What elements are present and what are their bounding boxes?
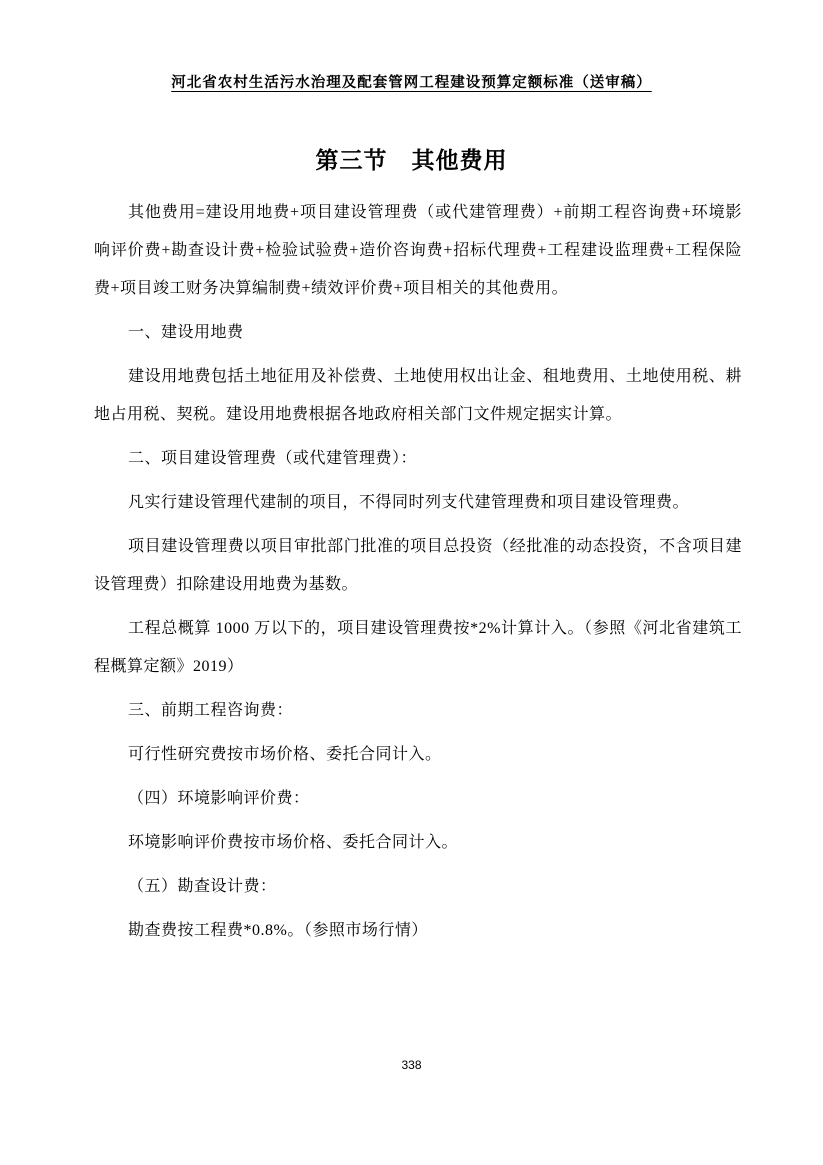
paragraph-consult-fee: 可行性研究费按市场价格、委托合同计入。 — [94, 736, 742, 774]
heading-consult-fee: 三、前期工程咨询费： — [94, 692, 742, 730]
section-title: 第三节 其他费用 — [0, 142, 823, 175]
paragraph-env-fee: 环境影响评价费按市场价格、委托合同计入。 — [94, 824, 742, 862]
document-body: 其他费用=建设用地费+项目建设管理费（或代建管理费）+前期工程咨询费+环境影响评… — [94, 194, 742, 956]
paragraph-summary: 其他费用=建设用地费+项目建设管理费（或代建管理费）+前期工程咨询费+环境影响评… — [94, 194, 742, 308]
paragraph-survey-fee: 勘查费按工程费*0.8%。（参照市场行情） — [94, 912, 742, 950]
document-page: 河北省农村生活污水治理及配套管网工程建设预算定额标准（送审稿） 第三节 其他费用… — [0, 0, 823, 1165]
paragraph-mgmt-rule: 凡实行建设管理代建制的项目，不得同时列支代建管理费和项目建设管理费。 — [94, 484, 742, 522]
heading-mgmt-fee: 二、项目建设管理费（或代建管理费）： — [94, 440, 742, 478]
document-header: 河北省农村生活污水治理及配套管网工程建设预算定额标准（送审稿） — [0, 71, 823, 92]
heading-env-fee: （四）环境影响评价费： — [94, 780, 742, 818]
paragraph-mgmt-base: 项目建设管理费以项目审批部门批准的项目总投资（经批准的动态投资，不含项目建设管理… — [94, 528, 742, 604]
heading-land-fee: 一、建设用地费 — [94, 314, 742, 352]
paragraph-land-fee: 建设用地费包括土地征用及补偿费、土地使用权出让金、租地费用、土地使用税、耕地占用… — [94, 358, 742, 434]
heading-survey-fee: （五）勘查设计费： — [94, 868, 742, 906]
page-number: 338 — [0, 1058, 823, 1072]
paragraph-mgmt-rate: 工程总概算 1000 万以下的，项目建设管理费按*2%计算计入。（参照《河北省建… — [94, 610, 742, 686]
